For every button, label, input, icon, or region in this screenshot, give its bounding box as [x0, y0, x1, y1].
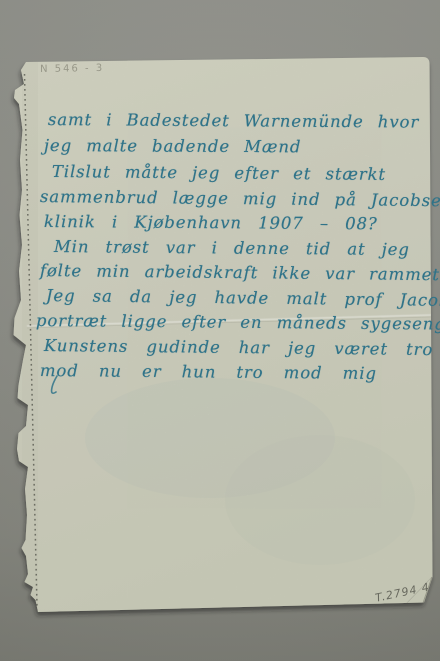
- handwriting-line-6: Min trøst var i denne tid at jeg: [54, 237, 410, 259]
- handwriting-line-9: portræt ligge efter en måneds sygeseng :: [36, 311, 440, 334]
- scanned-document-scene: N 546 - 3 samt i Badestedet Warnemünde h…: [0, 0, 440, 661]
- handwriting-line-11: mod nu er hun tro mod mig: [40, 361, 377, 383]
- handwriting-line-10: Kunstens gudinde har jeg været tro: [44, 336, 434, 359]
- inventory-number-bottom-right: T.2794 4: [374, 580, 431, 604]
- handwriting-line-3: Tilslut måtte jeg efter et stærkt: [52, 162, 386, 184]
- handwriting-line-5: klinik i Kjøbenhavn 1907 – 08?: [44, 212, 378, 233]
- handwriting-line-1: samt i Badestedet Warnemünde hvor: [48, 110, 419, 132]
- handwriting-line-2: jeg malte badende Mænd: [44, 136, 302, 156]
- handwriting-line-8: Jeg sa da jeg havde malt prof Jacobsens: [46, 286, 440, 310]
- handwriting-line-4: sammenbrud lægge mig ind på Jacobsens: [40, 187, 440, 210]
- handwriting-line-7: følte min arbeidskraft ikke var rammet: [40, 261, 440, 284]
- catalog-number-top-left: N 546 - 3: [40, 63, 104, 75]
- text-overlay: N 546 - 3 samt i Badestedet Warnemünde h…: [0, 0, 440, 661]
